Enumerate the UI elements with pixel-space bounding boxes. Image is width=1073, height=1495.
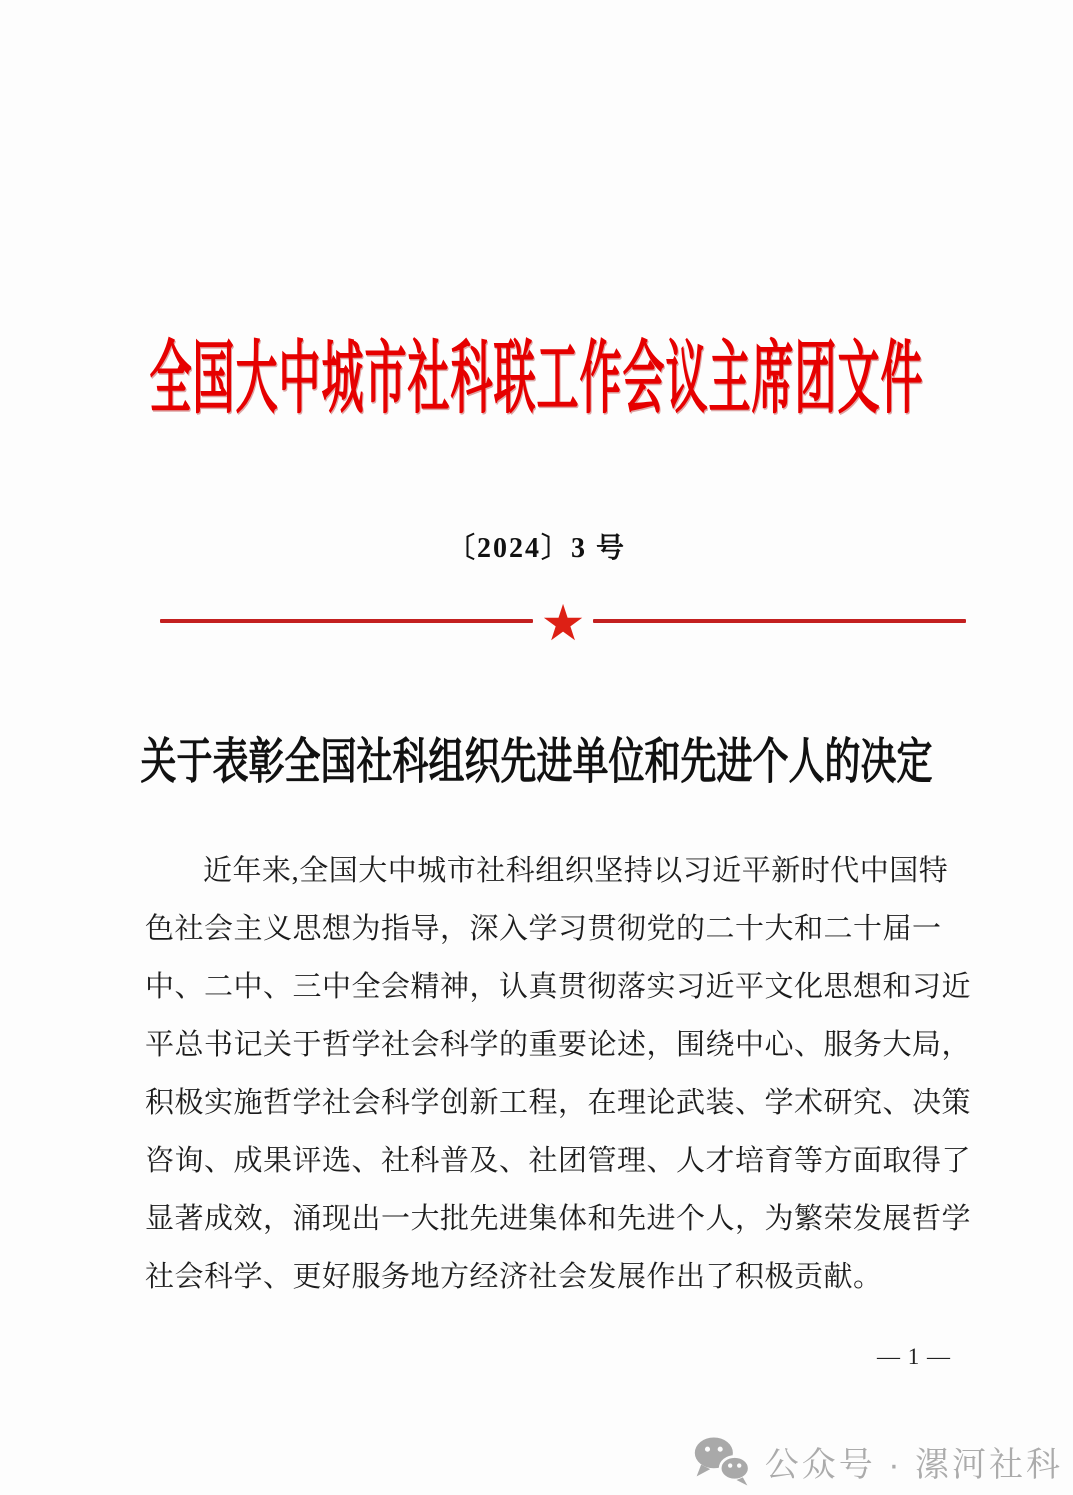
wechat-icon: [693, 1435, 751, 1487]
body-line: 近年来,全国大中城市社科组织坚持以习近平新时代中国特: [145, 842, 941, 900]
masthead: 全国大中城市社科联工作会议主席团文件: [0, 322, 1073, 424]
document-body: 近年来,全国大中城市社科组织坚持以习近平新时代中国特 色社会主义思想为指导，深入…: [145, 842, 941, 1306]
divider-line-left: [160, 619, 533, 623]
red-divider: ★: [160, 596, 966, 646]
document-page: 全国大中城市社科联工作会议主席团文件 〔2024〕3 号 ★ 关于表彰全国社科组…: [0, 0, 1073, 1495]
document-title-row: 关于表彰全国社科组织先进单位和先进个人的决定: [0, 722, 1073, 794]
body-line: 中、二中、三中全会精神，认真贯彻落实习近平文化思想和习近: [145, 958, 941, 1016]
document-title: 关于表彰全国社科组织先进单位和先进个人的决定: [140, 724, 932, 793]
body-line: 咨询、成果评选、社科普及、社团管理、人才培育等方面取得了: [145, 1132, 941, 1190]
body-line: 色社会主义思想为指导，深入学习贯彻党的二十大和二十届一: [145, 900, 941, 958]
masthead-title: 全国大中城市社科联工作会议主席团文件: [149, 316, 923, 430]
watermark: 公众号 · 漯河社科: [693, 1435, 1063, 1487]
body-line: 平总书记关于哲学社会科学的重要论述，围绕中心、服务大局，: [145, 1016, 941, 1074]
star-icon: ★: [541, 598, 586, 648]
watermark-text: 公众号 · 漯河社科: [765, 1437, 1063, 1486]
divider-line-right: [593, 619, 966, 623]
page-number: — 1 —: [877, 1344, 951, 1370]
body-line: 社会科学、更好服务地方经济社会发展作出了积极贡献。: [145, 1248, 941, 1306]
doc-number: 〔2024〕3 号: [0, 526, 1073, 566]
body-line: 显著成效，涌现出一大批先进集体和先进个人，为繁荣发展哲学: [145, 1190, 941, 1248]
body-line: 积极实施哲学社会科学创新工程，在理论武装、学术研究、决策: [145, 1074, 941, 1132]
